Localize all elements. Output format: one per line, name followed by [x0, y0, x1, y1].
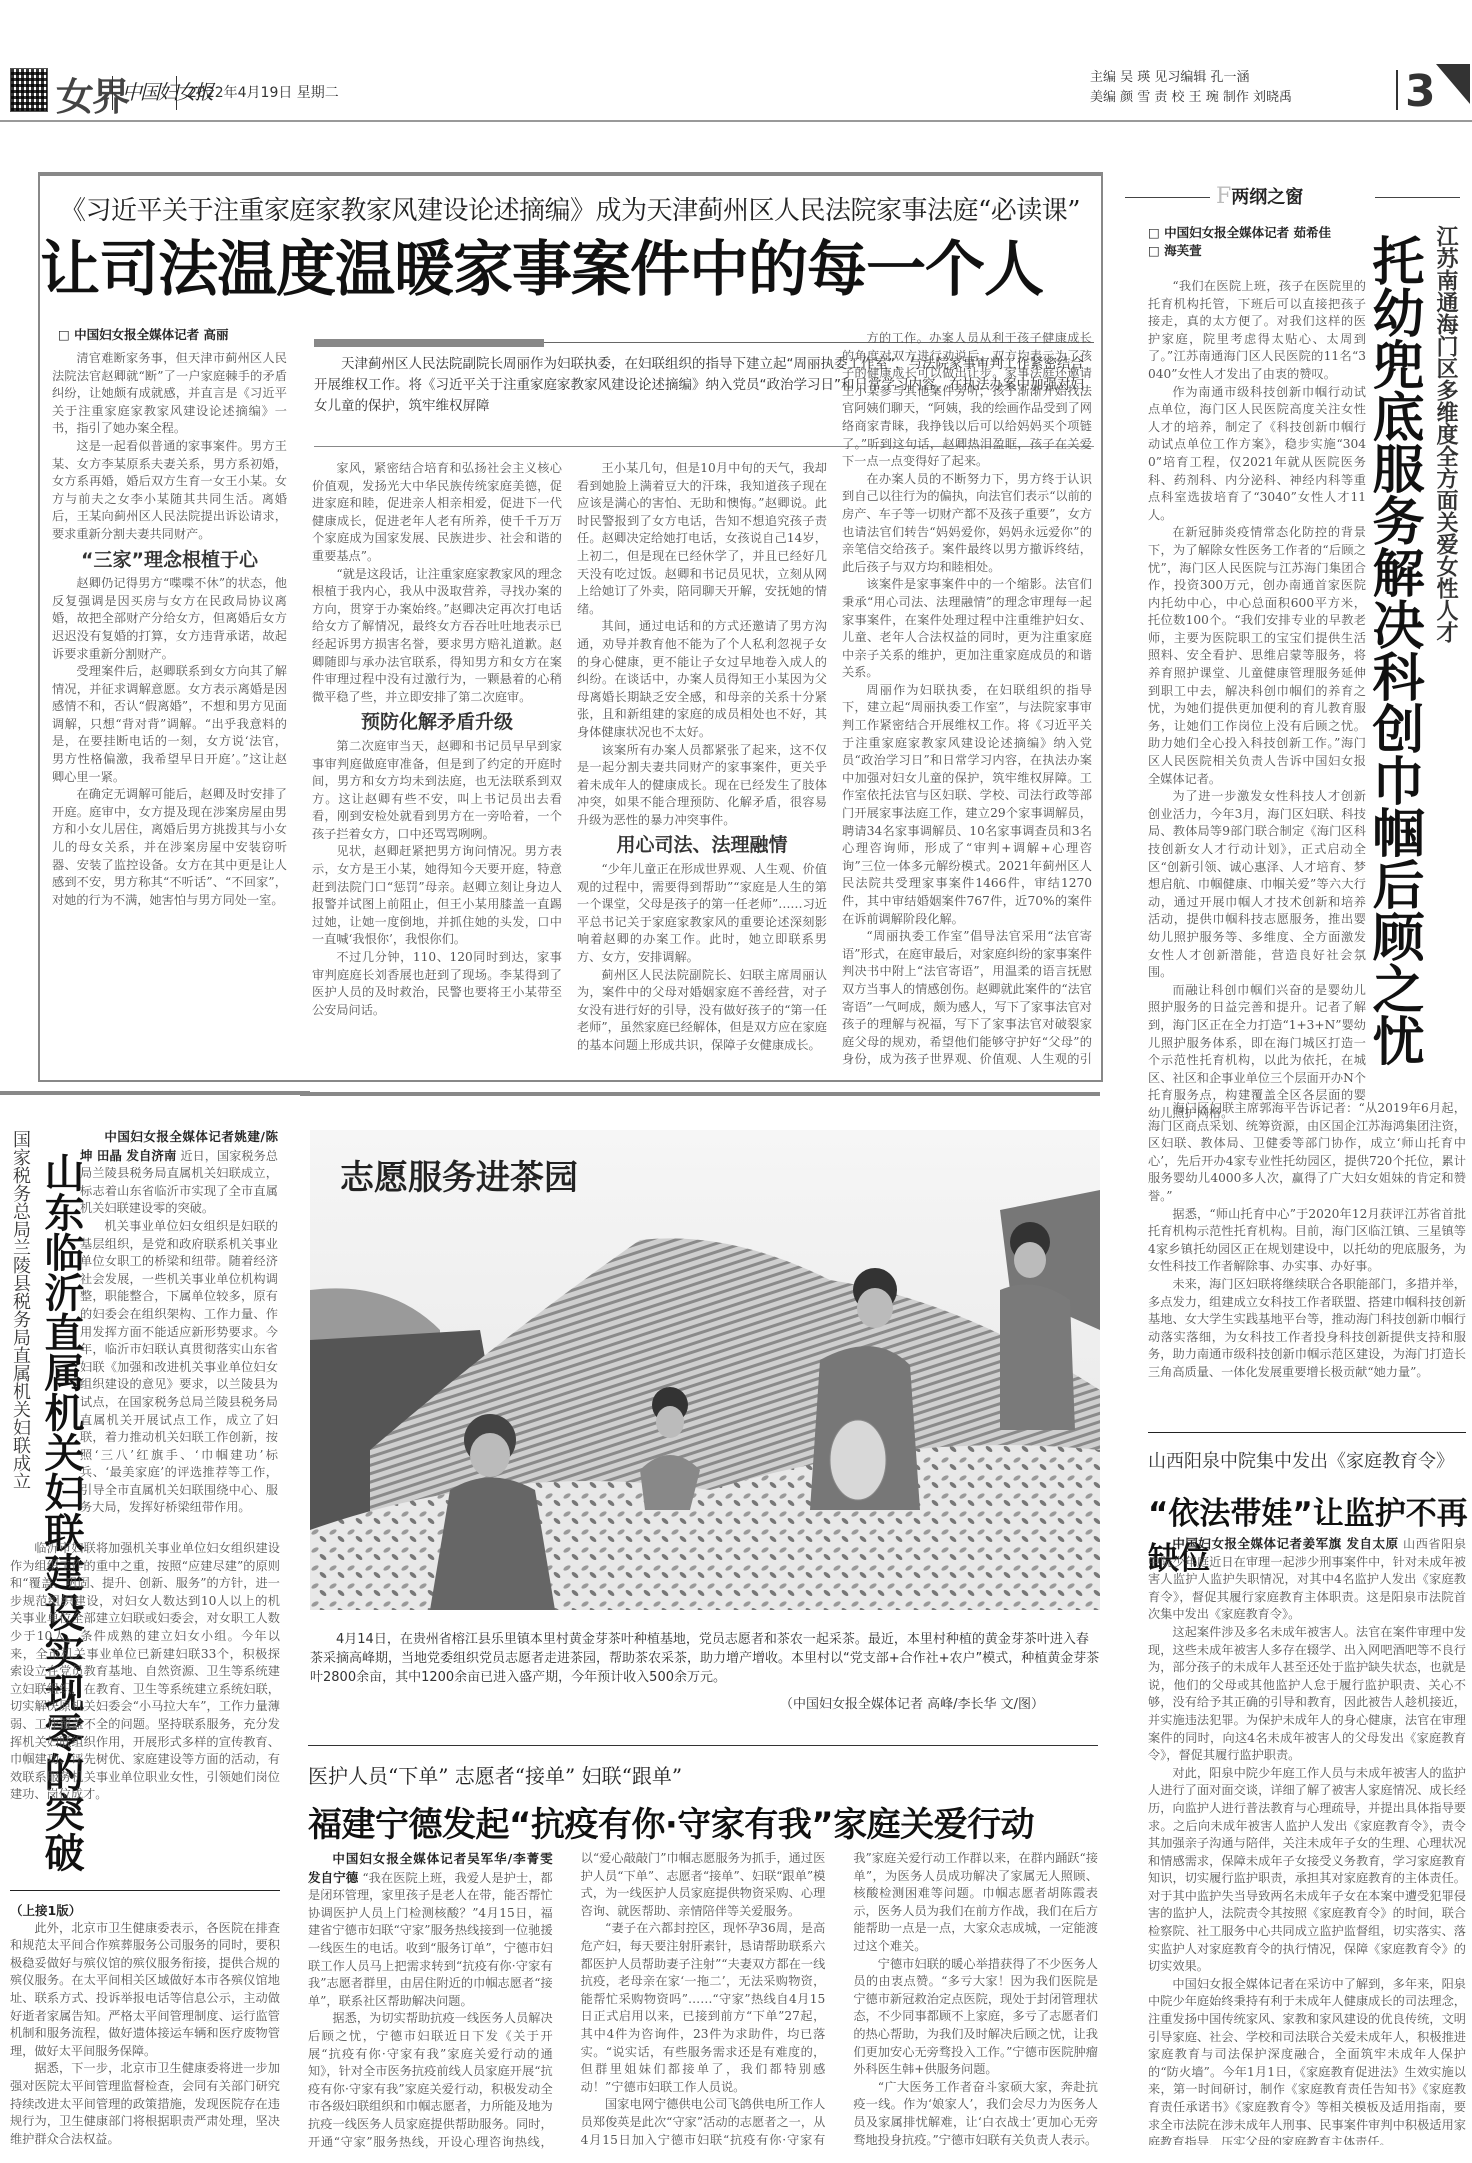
- lead-headline: 让司法温度温暖家事案件中的每一个人: [40, 222, 1043, 308]
- right-article-byline: □ 中国妇女报全媒体记者 茹希佳 □ 海芙萱: [1148, 224, 1331, 260]
- page-corner-triangle-icon: [1436, 64, 1470, 104]
- section-rule: [0, 1091, 310, 1095]
- paragraph: 不过几分钟，110、120同时到达，家事审判庭庭长刘香展也赶到了现场。李某得到了…: [312, 949, 562, 1019]
- tea-garden-photo: [310, 1130, 1100, 1610]
- section-header-letter: F: [1216, 184, 1231, 209]
- section-header-rule: [1375, 197, 1460, 198]
- paragraph: 宁德市妇联的暖心举措获得了不少医务人员的由衷点赞。“多亏大家！因为我们医院是宁德…: [853, 1956, 1098, 2079]
- paragraph: 海门区妇联主席郭海平告诉记者：“从2019年6月起，海门区商点采划、统筹资源，由…: [1148, 1100, 1466, 1206]
- masthead-divider: [176, 76, 177, 110]
- section-header-text: 两纲之窗: [1231, 187, 1303, 208]
- paragraph-text: “我在医院上班，我爱人是护士，都是闭环管理，家里孩子是老人在带，能否帮忙协调医护…: [308, 1871, 553, 2008]
- section-rule: [300, 1092, 1100, 1096]
- credits-line-1: 主编 吴 瑛 见习编辑 孔一涵: [1090, 68, 1350, 88]
- column-section-header: F两纲之窗: [1216, 183, 1303, 209]
- fujian-body: 中国妇女报全媒体记者吴军华/李菁雯 发自宁德 “我在医院上班，我爱人是护士，都是…: [308, 1850, 1098, 2160]
- right-article-kicker: 江苏南通海门区多维度全方面关爱女性人才: [1434, 225, 1458, 643]
- subheading: 用心司法、法理融情: [577, 837, 827, 855]
- byline-line: □ 海芙萱: [1148, 242, 1331, 260]
- paragraph: 这是一起看似普通的家事案件。男方王某、女方李某原系夫妻关系，男方系初婚，女方系再…: [52, 438, 287, 544]
- paragraph: 对此，阳泉中院少年庭工作人员与未成年被害人的监护人进行了面对面交谈，详细了解了被…: [1148, 1765, 1466, 1976]
- publication-date: 2022年4月19日 星期二: [188, 82, 339, 102]
- shandong-body: 中国妇女报全媒体记者姚建/陈坤 田晶 发自济南 近日，国家税务总局兰陵县税务局直…: [80, 1128, 278, 1538]
- paragraph: “广大医务工作者奋斗家硕大家，奔赴抗疫一线。作为‘娘家人’，我们会尽力为医务人员…: [853, 2079, 1098, 2149]
- photo-title: 志愿服务进茶园: [340, 1150, 578, 1199]
- yangquan-body: 中国妇女报全媒体记者姜军旗 发自太原 山西省阳泉中院少年庭近日在审理一起涉少刑事…: [1148, 1535, 1466, 2145]
- qr-code-icon: [10, 68, 48, 112]
- lead-byline: □ 中国妇女报全媒体记者 高丽: [58, 325, 229, 343]
- lead-column-2: 家风，紧密结合培育和弘扬社会主义核心价值观，发扬光大中华民族传统家庭美德，促进家…: [312, 460, 562, 1070]
- right-article-headline: 托幼兜底服务解决科创巾帼后顾之忧: [1363, 234, 1423, 1066]
- yangquan-byline: 中国妇女报全媒体记者姜军旗 发自太原: [1172, 1536, 1398, 1551]
- subheading: “三家”理念根植于心: [52, 552, 287, 570]
- paragraph: 该案所有办案人员都紧张了起来，这不仅是一起分割夫妻共同财产的家事案件，更关乎着未…: [577, 742, 827, 830]
- paragraph: “就是这段话，让注重家庭家教家风的理念根植于我内心，我从中汲取营养，寻找办案的方…: [312, 566, 562, 707]
- article-divider: [308, 1745, 1098, 1746]
- paragraph: 未来，海门区妇联将继续联合各职能部门，多措并举，多点发力，组建成立女科技工作者联…: [1148, 1276, 1466, 1382]
- paragraph: 作为南通市级科技创新巾帼行动试点单位，海门区人民医院高度关注女性人才的培养，制定…: [1148, 384, 1366, 525]
- paragraph: 受理案件后，赵卿联系到女方向其了解情况，并征求调解意愿。女方表示离婚是因感情不和…: [52, 663, 287, 786]
- fujian-headline: 福建宁德发起“抗疫有你·守家有我”家庭关爱行动: [308, 1797, 1034, 1846]
- paragraph: 在办案人员的不断努力下，男方终于认识到自己以往行为的偏执，向法官们表示“以前的房…: [842, 471, 1092, 577]
- subheading: 预防化解矛盾升级: [312, 714, 562, 732]
- paragraph: 周丽作为妇联执委，在妇联组织的指导下，建立起“周丽执委工作室”，与法院家事审判工…: [842, 682, 1092, 928]
- masthead: 女界 中国妇女报 2022年4月19日 星期二 主编 吴 瑛 见习编辑 孔一涵 …: [0, 60, 1472, 122]
- paragraph: 这起案件涉及多名未成年被害人。法官在案件审理中发现，这些未成年被害人多存在辍学、…: [1148, 1624, 1466, 1765]
- lead-column-3: 王小某几句，但是10月中旬的天气，我却看到她脸上满着豆大的汗珠，我知道孩子现在应…: [577, 460, 827, 1070]
- paragraph: “周丽执委工作室”倡导法官采用“法官寄语”形式，在庭审最后，对家庭纠纷的家事案件…: [842, 928, 1092, 1070]
- paragraph: 见状，赵卿赶紧把男方询问情况。男方表示，女方是王小某，她得知今天要开庭，特意赶到…: [312, 843, 562, 949]
- paragraph: 王小某几句，但是10月中旬的天气，我却看到她脸上满着豆大的汗珠，我知道孩子现在应…: [577, 460, 827, 618]
- editor-credits: 主编 吴 瑛 见习编辑 孔一涵 美编 颜 雪 责 校 王 琬 制作 刘晓禹: [1090, 68, 1350, 108]
- paragraph: 临沂市妇联将加强机关事业单位妇女组织建设作为组织工作的重中之重，按照“应建尽建”…: [10, 1540, 280, 1804]
- right-article-body-continued: 海门区妇联主席郭海平告诉记者：“从2019年6月起，海门区商点采划、统筹资源，由…: [1148, 1100, 1466, 1430]
- continued-label: （上接1版）: [10, 1902, 280, 1920]
- paragraph: 中国妇女报全媒体记者在采访中了解到，多年来，阳泉中院少年庭始终秉持有利于未成年人…: [1148, 1976, 1466, 2145]
- paragraph: 其间，通过电话和的方式还邀请了男方沟通，劝导并教育他不能为了个人私利忽视子女的身…: [577, 618, 827, 741]
- paragraph: 清官难断家务事，但天津市蓟州区人民法院法官赵卿就“断”了一户家庭棘手的矛盾纠纷，…: [52, 350, 287, 438]
- shandong-kicker: 国家税务总局兰陵县税务局直属机关妇联成立: [10, 1130, 31, 1490]
- section-header-rule: [1125, 197, 1210, 198]
- paragraph: “妻子在六都封控区，现怀孕36周，是高危产妇，每天要注射肝素针，恳请帮助联系六都…: [581, 1920, 826, 2096]
- paragraph: 在新冠肺炎疫情常态化防控的背景下，为了解除女性医务工作者的“后顾之忧”，海门区人…: [1148, 524, 1366, 788]
- paragraph: 赵卿仍记得男方“喋喋不休”的状态，他反复强调是因买房与女方在民政局协议离婚，故把…: [52, 575, 287, 663]
- paragraph: 第二次庭审当天，赵卿和书记员早早到家事审判庭做庭审准备，但是到了约定的开庭时间，…: [312, 738, 562, 844]
- paragraph: 在确定无调解可能后，赵卿及时安排了开庭。庭审中，女方提及现在涉案房屋由男方和小女…: [52, 786, 287, 909]
- masthead-divider: [112, 76, 113, 110]
- beijing-continued-body: （上接1版） 此外，北京市卫生健康委表示，各医院在排查和规范太平间合作殡葬服务公…: [10, 1902, 280, 2157]
- lead-column-1: 清官难断家务事，但天津市蓟州区人民法院法官赵卿就“断”了一户家庭棘手的矛盾纠纷，…: [52, 350, 287, 1070]
- shandong-body-continued: 临沂市妇联将加强机关事业单位妇女组织建设作为组织工作的重中之重，按照“应建尽建”…: [10, 1540, 280, 1855]
- section-name: 女界: [56, 66, 128, 121]
- paragraph: 该案件是家事案件中的一个缩影。法官们秉承“用心司法、法理融情”的理念审理每一起家…: [842, 576, 1092, 682]
- paragraph: “我们在医院上班，孩子在医院里的托育机构托管，下班后可以直接把孩子接走，真的太方…: [1148, 278, 1366, 384]
- byline-line: □ 中国妇女报全媒体记者 茹希佳: [1148, 224, 1331, 242]
- article-divider: [10, 1890, 280, 1891]
- page-number: 3: [1405, 66, 1436, 117]
- paragraph: 家风，紧密结合培育和弘扬社会主义核心价值观，发扬光大中华民族传统家庭美德，促进家…: [312, 460, 562, 566]
- paragraph: 据悉，下一步，北京市卫生健康委将进一步加强对医院太平间管理监督检查，会同有关部门…: [10, 2060, 280, 2148]
- paragraph: 据悉，“师山托育中心”于2020年12月获评江苏省首批托育机构示范性托育机构。目…: [1148, 1206, 1466, 1276]
- lead-column-4: 方的工作。办案人员从利于孩子健康成长的角度对双方进行劝说后，双方均表示为了孩子的…: [842, 330, 1092, 1070]
- paragraph: 方的工作。办案人员从利于孩子健康成长的角度对双方进行劝说后，双方均表示为了孩子的…: [842, 330, 1092, 471]
- editor-note-bar: [314, 339, 544, 347]
- photo-credit: （中国妇女报全媒体记者 高峰/李长华 文/图）: [780, 1693, 1044, 1712]
- paragraph: 蓟州区人民法院副院长、妇联主席周丽认为，案件中的父母对婚姻家庭不善经营，对子女没…: [577, 967, 827, 1055]
- tea-garden-image: [310, 1130, 1100, 1610]
- paragraph: 为了进一步激发女性科技人才创新创业活力，今年3月，海门区妇联、科技局、教体局等9…: [1148, 788, 1366, 982]
- paragraph: 机关事业单位妇女组织是妇联的基层组织，是党和政府联系机关事业单位女职工的桥梁和纽…: [80, 1218, 278, 1517]
- fujian-kicker: 医护人员“下单” 志愿者“接单” 妇联“跟单”: [308, 1760, 682, 1789]
- yangquan-kicker: 山西阳泉中院集中发出《家庭教育令》: [1148, 1447, 1454, 1473]
- credits-line-2: 美编 颜 雪 责 校 王 琬 制作 刘晓禹: [1090, 88, 1350, 108]
- article-divider: [1148, 1432, 1466, 1433]
- page-divider: [1396, 70, 1398, 110]
- photo-caption: 4月14日，在贵州省榕江县乐里镇本里村黄金芽茶叶种植基地，党员志愿者和茶农一起采…: [310, 1630, 1100, 1687]
- paragraph: “少年儿童正在形成世界观、人生观、价值观的过程中，需要得到帮助”“家庭是人生的第…: [577, 861, 827, 967]
- paragraph: 此外，北京市卫生健康委表示，各医院在排查和规范太平间合作殡葬服务公司服务的同时，…: [10, 1920, 280, 2061]
